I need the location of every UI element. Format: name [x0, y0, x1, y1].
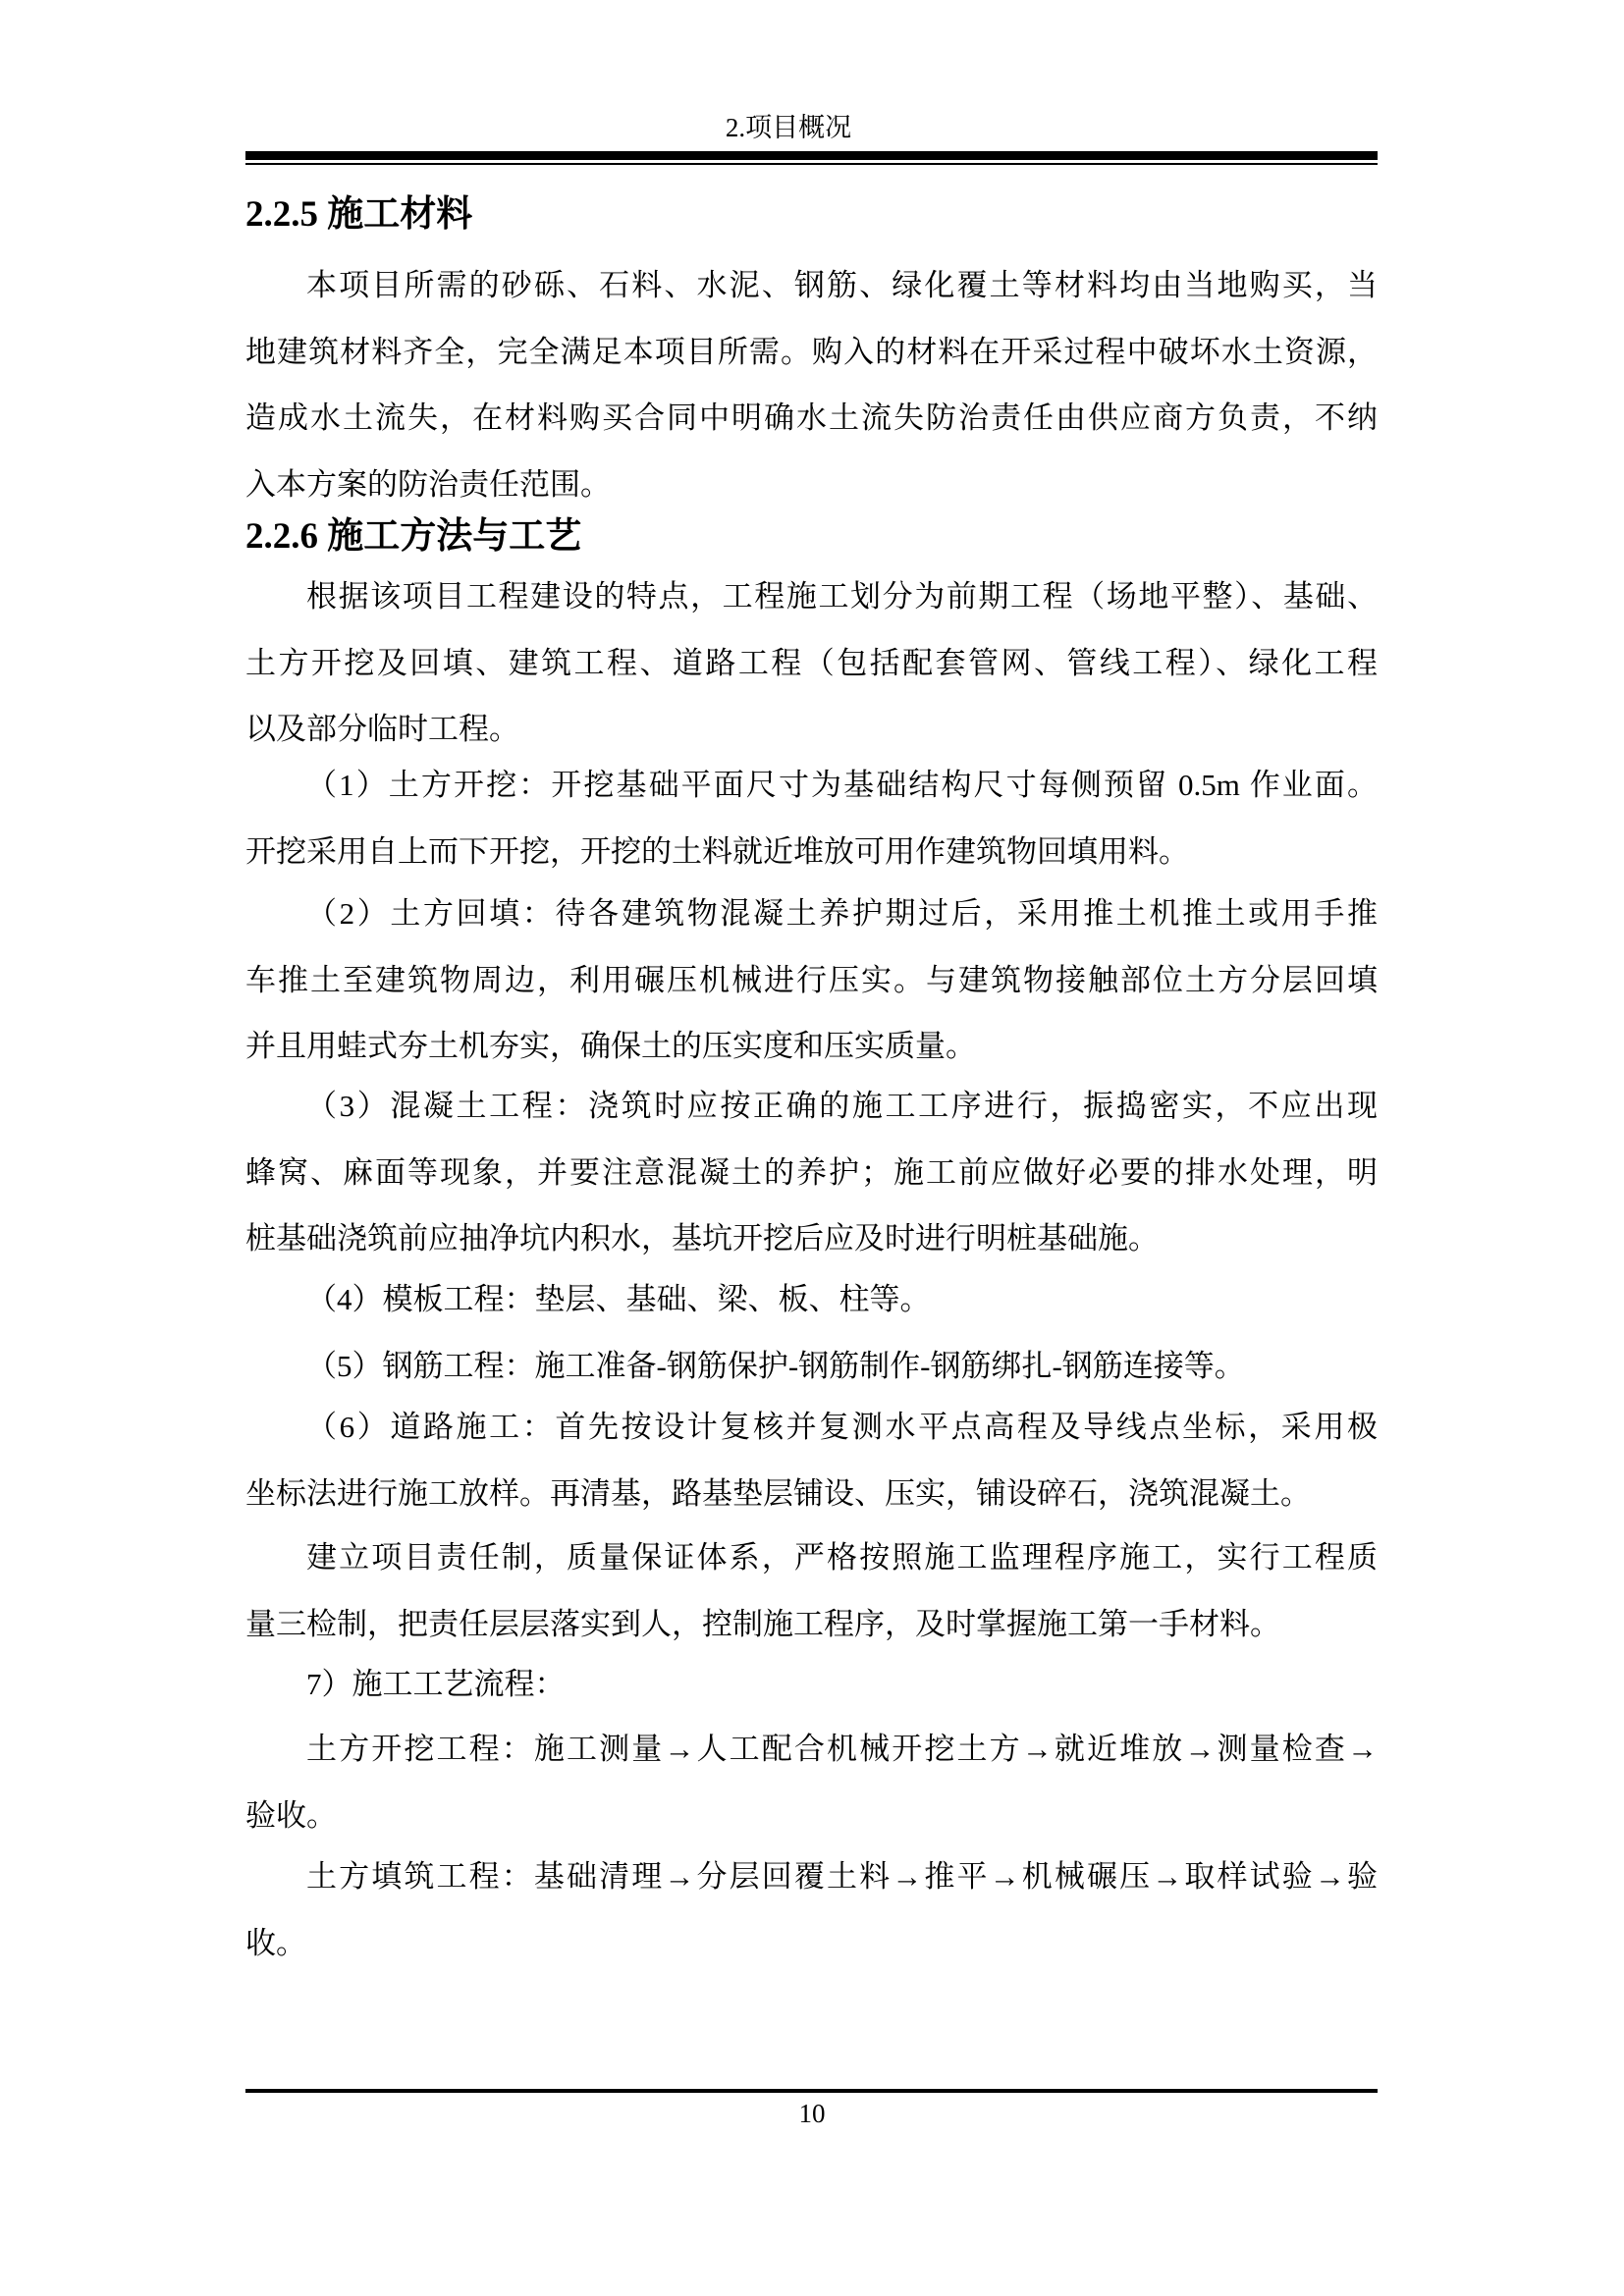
- page-header-title: 2.项目概况: [0, 110, 1600, 145]
- paragraph-line: （6）道路施工：首先按设计复核并复测水平点高程及导线点坐标，采用极: [245, 1394, 1378, 1461]
- paragraph-line: 地建筑材料齐全，完全满足本项目所需。购入的材料在开采过程中破坏水土资源，: [245, 319, 1378, 386]
- paragraph-line: 本项目所需的砂砾、石料、水泥、钢筋、绿化覆土等材料均由当地购买，当: [245, 252, 1378, 319]
- paragraph: 本项目所需的砂砾、石料、水泥、钢筋、绿化覆土等材料均由当地购买，当 地建筑材料齐…: [245, 252, 1378, 517]
- paragraph: 根据该项目工程建设的特点，工程施工划分为前期工程（场地平整）、基础、 土方开挖及…: [245, 563, 1378, 763]
- paragraph: （2）土方回填：待各建筑物混凝土养护期过后，采用推土机推土或用手推 车推土至建筑…: [245, 881, 1378, 1080]
- section-heading-2-2-5: 2.2.5 施工材料: [245, 192, 1378, 238]
- paragraph-line: （5）钢筋工程：施工准备-钢筋保护-钢筋制作-钢筋绑扎-钢筋连接等。: [245, 1333, 1378, 1400]
- paragraph-line: 车推土至建筑物周边，利用碾压机械进行压实。与建筑物接触部位土方分层回填: [245, 947, 1378, 1014]
- paragraph-line: 坐标法进行施工放样。再清基，路基垫层铺设、压实，铺设碎石，浇筑混凝土。: [245, 1461, 1378, 1527]
- paragraph-line: 入本方案的防治责任范围。: [245, 452, 1378, 518]
- paragraph: 建立项目责任制，质量保证体系，严格按照施工监理程序施工，实行工程质 量三检制，把…: [245, 1524, 1378, 1657]
- paragraph-line: 收。: [245, 1910, 1378, 1977]
- paragraph-line: （4）模板工程：垫层、基础、梁、板、柱等。: [245, 1266, 1378, 1333]
- paragraph-line: 土方开挖工程：施工测量→人工配合机械开挖土方→就近堆放→测量检查→: [245, 1716, 1378, 1783]
- paragraph: （5）钢筋工程：施工准备-钢筋保护-钢筋制作-钢筋绑扎-钢筋连接等。: [245, 1333, 1378, 1400]
- page-number: 10: [0, 2097, 1624, 2130]
- section-heading-2-2-6: 2.2.6 施工方法与工艺: [245, 514, 1378, 560]
- paragraph: （6）道路施工：首先按设计复核并复测水平点高程及导线点坐标，采用极 坐标法进行施…: [245, 1394, 1378, 1526]
- paragraph: 土方开挖工程：施工测量→人工配合机械开挖土方→就近堆放→测量检查→ 验收。: [245, 1716, 1378, 1848]
- paragraph-line: 土方开挖及回填、建筑工程、道路工程（包括配套管网、管线工程）、绿化工程: [245, 630, 1378, 697]
- paragraph-line: 验收。: [245, 1783, 1378, 1849]
- paragraph-line: 土方填筑工程：基础清理→分层回覆土料→推平→机械碾压→取样试验→验: [245, 1843, 1378, 1910]
- paragraph-line: 蜂窝、麻面等现象，并要注意混凝土的养护；施工前应做好必要的排水处理，明: [245, 1140, 1378, 1206]
- paragraph: （3）混凝土工程：浇筑时应按正确的施工工序进行，振捣密实，不应出现 蜂窝、麻面等…: [245, 1073, 1378, 1272]
- paragraph-line: 开挖采用自上而下开挖，开挖的土料就近堆放可用作建筑物回填用料。: [245, 819, 1378, 885]
- document-page: 2.项目概况 2.2.5 施工材料 本项目所需的砂砾、石料、水泥、钢筋、绿化覆土…: [0, 0, 1624, 2296]
- header-rule-thick: [245, 151, 1378, 160]
- paragraph: 7）施工工艺流程：: [245, 1651, 1378, 1718]
- paragraph-line: （1）土方开挖：开挖基础平面尺寸为基础结构尺寸每侧预留 0.5m 作业面。: [245, 752, 1378, 819]
- paragraph-line: （2）土方回填：待各建筑物混凝土养护期过后，采用推土机推土或用手推: [245, 881, 1378, 947]
- paragraph-line: （3）混凝土工程：浇筑时应按正确的施工工序进行，振捣密实，不应出现: [245, 1073, 1378, 1140]
- paragraph-line: 桩基础浇筑前应抽净坑内积水，基坑开挖后应及时进行明桩基础施。: [245, 1205, 1378, 1272]
- paragraph: （1）土方开挖：开挖基础平面尺寸为基础结构尺寸每侧预留 0.5m 作业面。 开挖…: [245, 752, 1378, 884]
- paragraph-line: 量三检制，把责任层层落实到人，控制施工程序，及时掌握施工第一手材料。: [245, 1591, 1378, 1658]
- paragraph-line: 建立项目责任制，质量保证体系，严格按照施工监理程序施工，实行工程质: [245, 1524, 1378, 1591]
- header-rule-thin: [245, 163, 1378, 165]
- footer-rule: [245, 2089, 1378, 2093]
- paragraph-line: 造成水土流失，在材料购买合同中明确水土流失防治责任由供应商方负责，不纳: [245, 385, 1378, 452]
- paragraph: （4）模板工程：垫层、基础、梁、板、柱等。: [245, 1266, 1378, 1333]
- paragraph-line: 7）施工工艺流程：: [245, 1651, 1378, 1718]
- paragraph-line: 根据该项目工程建设的特点，工程施工划分为前期工程（场地平整）、基础、: [245, 563, 1378, 630]
- paragraph: 土方填筑工程：基础清理→分层回覆土料→推平→机械碾压→取样试验→验 收。: [245, 1843, 1378, 1976]
- paragraph-line: 并且用蛙式夯土机夯实，确保土的压实度和压实质量。: [245, 1013, 1378, 1080]
